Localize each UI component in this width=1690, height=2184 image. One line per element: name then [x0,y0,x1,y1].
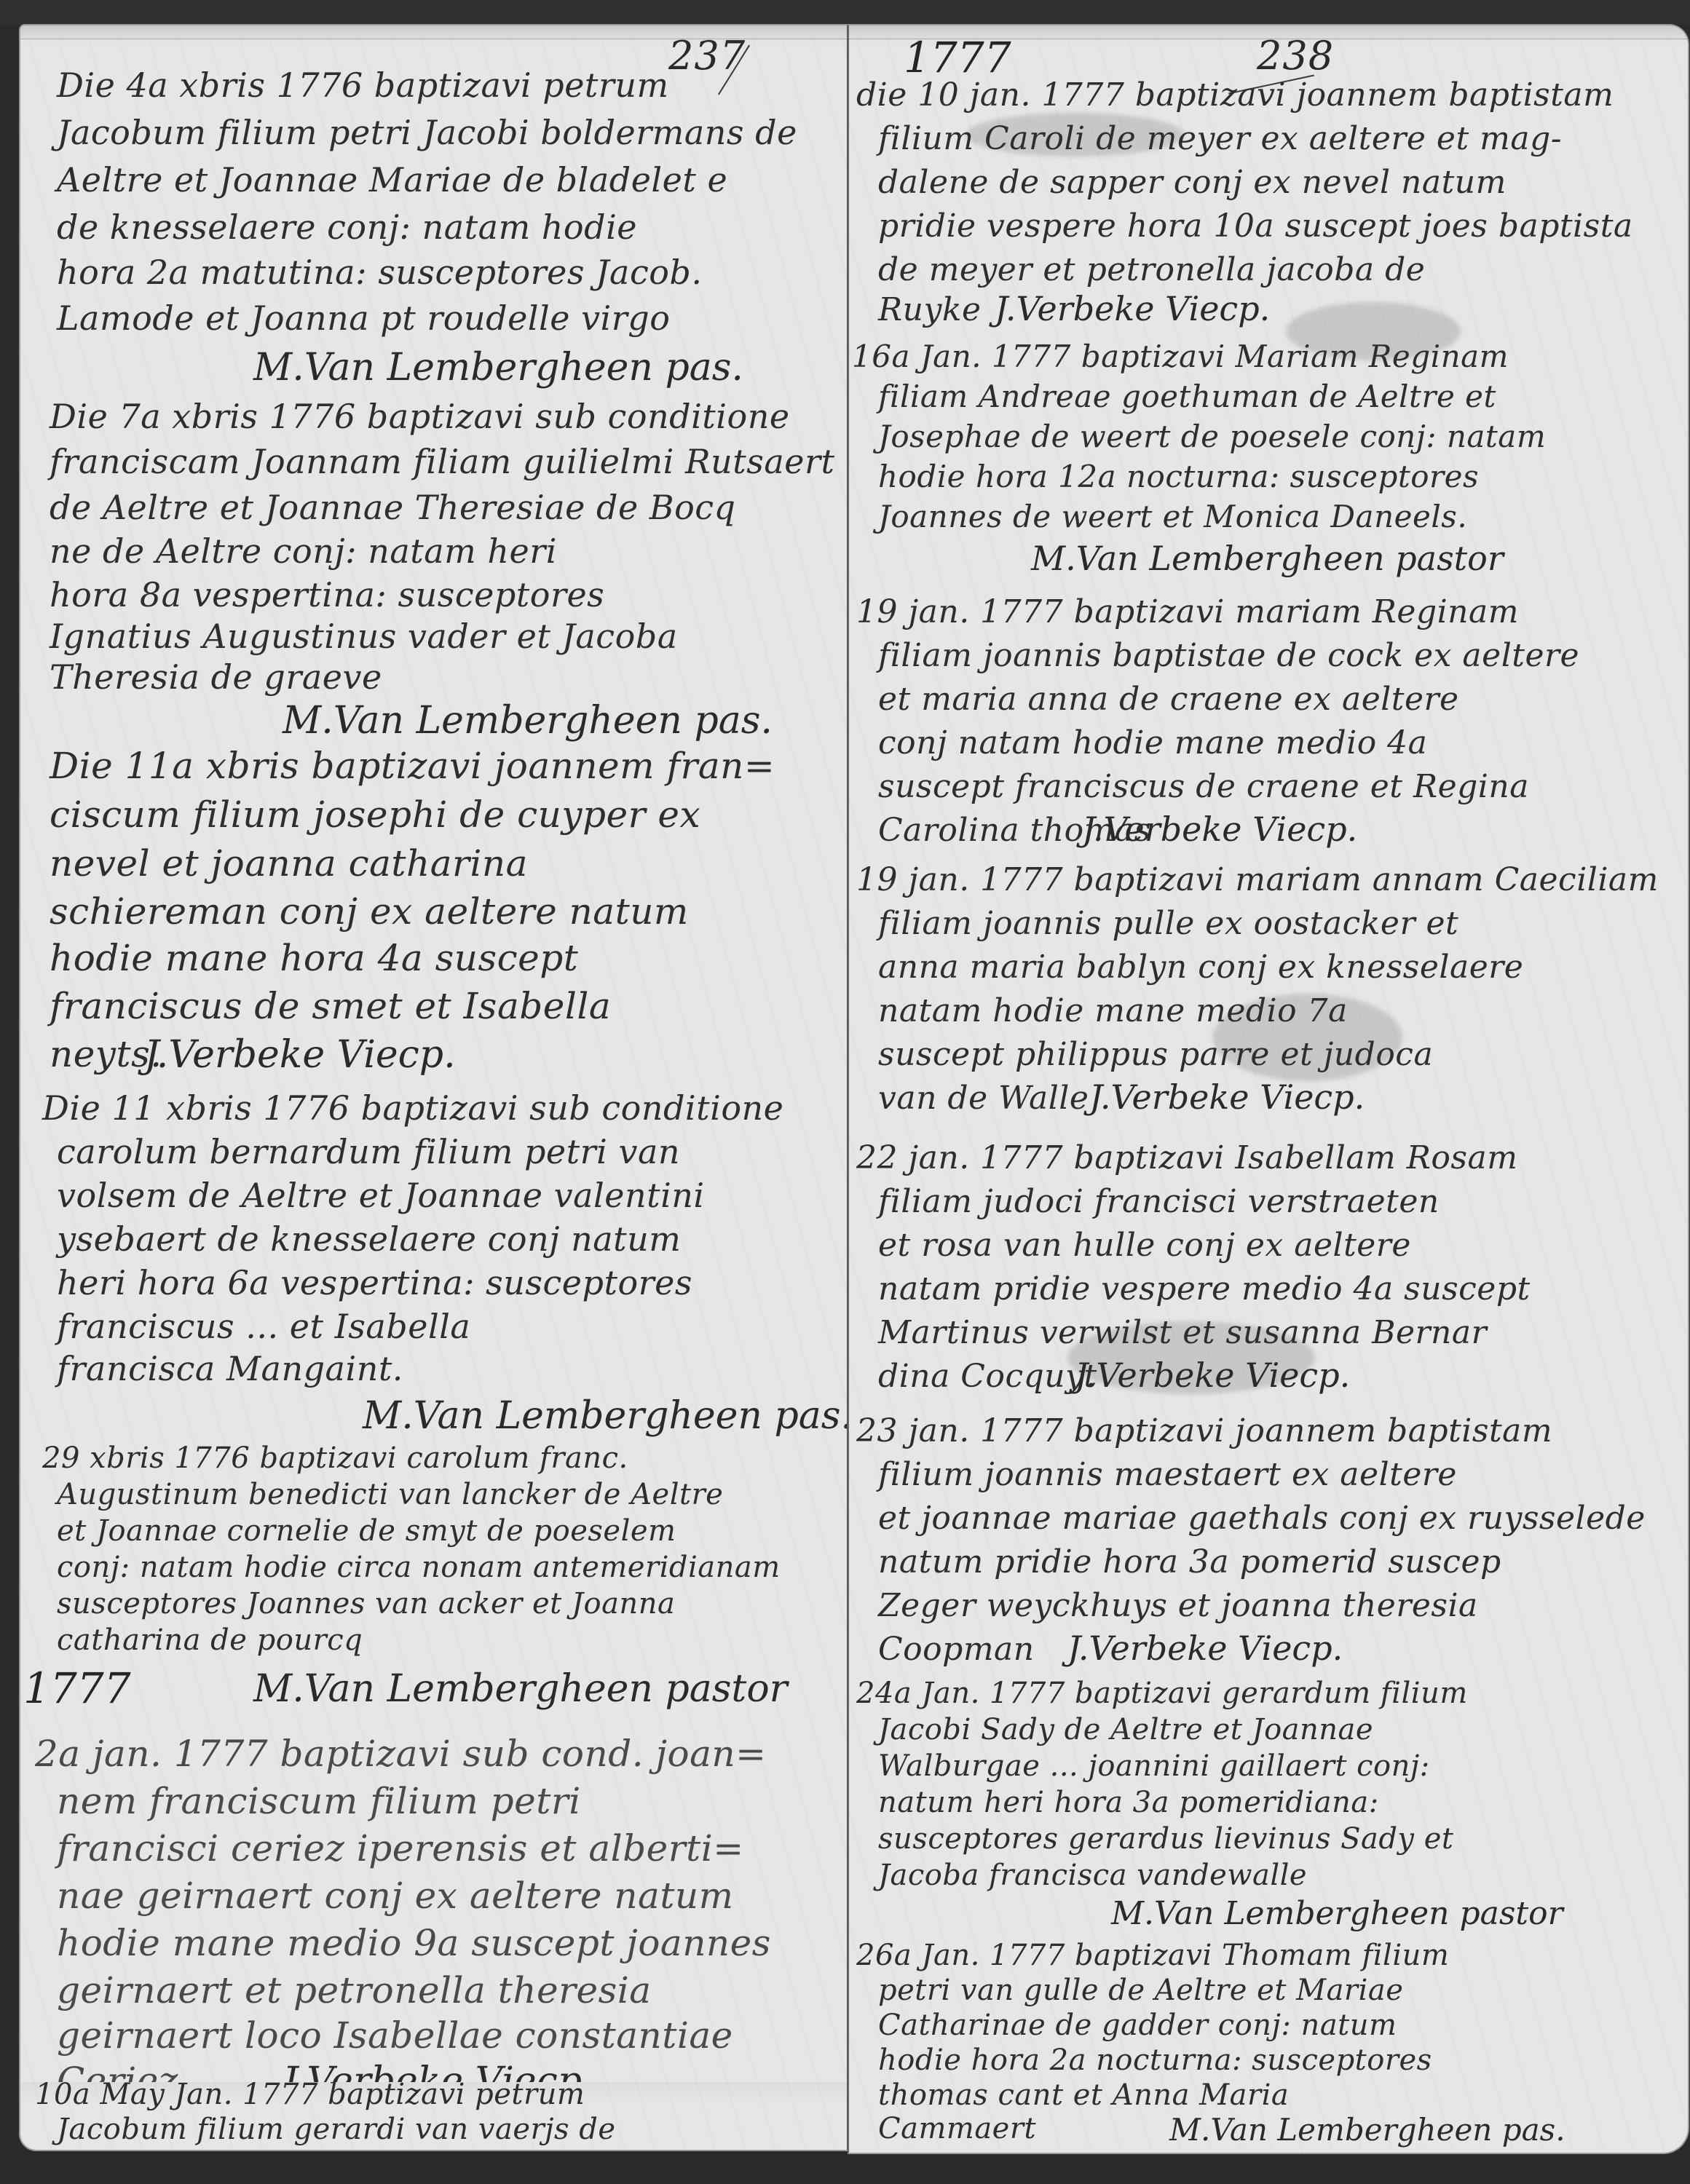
entry-line: 23 jan. 1777 baptizavi joannem baptistam [856,1412,1552,1449]
entry-line: 2a jan. 1777 baptizavi sub cond. joan= [35,1733,767,1775]
entry-line: de meyer et petronella jacoba de [878,251,1425,288]
entry-line: ne de Aeltre conj: natam heri [50,531,557,571]
entry-line: die 10 jan. 1777 baptizavi joannem bapti… [856,76,1614,114]
entry-line: 19 jan. 1777 baptizavi mariam Reginam [856,593,1519,630]
entry-line: filium Caroli de meyer ex aeltere et mag… [878,120,1562,157]
vicar-signature: J.Verbeke Viecp. [1082,810,1357,849]
vicar-signature: J.Verbeke Viecp. [144,1033,456,1077]
entry-line: filiam Andreae goethuman de Aeltre et [878,379,1496,414]
entry-line: geirnaert loco Isabellae constantiae [57,2014,733,2057]
right-page: 1777 238 die 10 jan. 1777 baptizavi joan… [848,24,1689,2154]
entry-line: thomas cant et Anna Maria [878,2078,1289,2112]
entry-line: hodie hora 2a nocturna: susceptores [878,2043,1432,2077]
entry-line: Coopman [878,1631,1035,1668]
entry-line: natam hodie mane medio 7a [878,992,1348,1029]
entry-line: et rosa van hulle conj ex aeltere [878,1227,1411,1264]
entry-line: conj: natam hodie circa nonam antemeridi… [57,1551,781,1584]
entry-line: Theresia de graeve [50,657,382,697]
entry-line: hodie mane medio 9a suscept joannes [57,1922,771,1964]
entry-line: dalene de sapper conj ex nevel natum [878,164,1507,201]
priest-signature: M.Van Lembergheen pastor [1031,539,1504,578]
entry-line: natum pridie hora 3a pomerid suscep [878,1543,1501,1580]
entry-line: franciscus ... et Isabella [57,1307,470,1346]
priest-signature: M.Van Lembergheen pastor [253,1667,787,1711]
entry-line: nem franciscum filium petri [57,1780,581,1822]
entry-line: Ruyke [878,291,982,328]
entry-line: schiereman conj ex aeltere natum [50,890,689,933]
entry-line: anna maria bablyn conj ex knesselaere [878,949,1523,986]
entry-line: Die 11 xbris 1776 baptizavi sub conditio… [42,1088,783,1128]
entry-line: et joannae mariae gaethals conj ex ruyss… [878,1500,1646,1537]
entry-line: franciscam Joannam filiam guilielmi Ruts… [50,442,834,481]
entry-line: susceptores gerardus lievinus Sady et [878,1822,1454,1856]
entry-line: Jacobum filium gerardi van vaerjs de [57,2113,616,2146]
entry-line: petri van gulle de Aeltre et Mariae [878,1974,1403,2007]
entry-line: hora 8a vespertina: susceptores [50,575,604,614]
entry-line: ciscum filium josephi de cuyper ex [50,794,700,836]
entry-line: Die 7a xbris 1776 baptizavi sub conditio… [50,397,790,436]
entry-line: de Aeltre et Joannae Theresiae de Bocq [50,488,736,527]
entry-line: conj natam hodie mane medio 4a [878,724,1427,761]
priest-signature: M.Van Lembergheen pas. [253,346,743,389]
entry-line: susceptores Joannes van acker et Joanna [57,1587,675,1621]
entry-line: dina Cocquyt [878,1358,1097,1395]
entry-line: van de Walle [878,1080,1089,1117]
entry-line: Jacobi Sady de Aeltre et Joannae [878,1713,1373,1746]
entry-line: nevel et joanna catharina [50,842,528,885]
entry-line: franciscus de smet et Isabella [50,985,611,1027]
entry-line: Lamode et Joanna pt roudelle virgo [57,298,670,338]
entry-line: hora 2a matutina: susceptores Jacob. [57,253,702,292]
entry-line: hodie hora 12a nocturna: susceptores [878,459,1479,494]
entry-line: 24a Jan. 1777 baptizavi gerardum filium [856,1677,1468,1710]
year-marker: 1777 [23,1663,131,1713]
entry-line: suscept philippus parre et judoca [878,1036,1433,1073]
entry-line: Catharinae de gadder conj: natum [878,2009,1397,2042]
entry-line: suscept franciscus de craene et Regina [878,768,1529,805]
entry-line: 22 jan. 1777 baptizavi Isabellam Rosam [856,1139,1517,1176]
entry-line: Cammaert [878,2112,1036,2145]
left-page-bottom: 10a May Jan. 1777 baptizavi petrum Jacob… [19,2082,849,2151]
entry-line: natum heri hora 3a pomeridiana: [878,1786,1379,1819]
page-number: 238 [1257,33,1334,79]
entry-line: volsem de Aeltre et Joannae valentini [57,1176,705,1215]
entry-line: 19 jan. 1777 baptizavi mariam annam Caec… [856,861,1659,898]
entry-line: hodie mane hora 4a suscept [50,937,578,979]
scanner-background-top [0,0,1690,25]
entry-line: Ignatius Augustinus vader et Jacoba [50,617,678,656]
entry-line: Die 4a xbris 1776 baptizavi petrum [57,66,669,105]
entry-line: filium joannis maestaert ex aeltere [878,1456,1457,1493]
entry-line: ysebaert de knesselaere conj natum [57,1219,681,1259]
entry-line: de knesselaere conj: natam hodie [57,207,637,247]
vicar-signature: J.Verbeke Viecp. [1075,1356,1350,1395]
priest-signature: M.Van Lembergheen pastor [1111,1895,1563,1932]
entry-line: francisca Mangaint. [57,1349,403,1388]
entry-line: Walburgae ... joannini gaillaert conj: [878,1749,1430,1783]
entry-line: Joannes de weert et Monica Daneels. [878,499,1467,534]
entry-line: pridie vespere hora 10a suscept joes bap… [878,207,1633,245]
entry-line: geirnaert et petronella theresia [57,1969,652,2011]
entry-line: 29 xbris 1776 baptizavi carolum franc. [42,1441,628,1475]
entry-line: et Joannae cornelie de smyt de poeselem [57,1514,676,1548]
priest-signature: M.Van Lembergheen pas. [363,1394,849,1438]
priest-signature: M.Van Lembergheen pas. [283,699,773,743]
entry-line: filiam joannis pulle ex oostacker et [878,905,1458,942]
entry-line: 10a May Jan. 1777 baptizavi petrum [35,2082,585,2111]
page-number: 237 [668,33,746,79]
vicar-signature: J.Verbeke Viecp. [1089,1077,1365,1117]
vicar-signature: J.Verbeke Viecp. [1067,1629,1343,1668]
entry-line: et maria anna de craene ex aeltere [878,681,1459,718]
entry-line: Jacoba francisca vandewalle [878,1859,1307,1892]
entry-line: Aeltre et Joannae Mariae de bladelet e [57,160,727,199]
entry-line: catharina de pourcq [57,1623,363,1657]
entry-line: natam pridie vespere medio 4a suscept [878,1270,1531,1307]
entry-line: Die 11a xbris baptizavi joannem fran= [50,745,775,787]
left-page: 237 Die 4a xbris 1776 baptizavi petrum J… [19,24,849,2151]
entry-line: francisci ceriez iperensis et alberti= [57,1827,744,1870]
entry-line: filiam joannis baptistae de cock ex aelt… [878,637,1579,674]
entry-line: filiam judoci francisci verstraeten [878,1183,1440,1220]
entry-line: 26a Jan. 1777 baptizavi Thomam filium [856,1939,1449,1972]
vicar-signature: J.Verbeke Viecp. [995,289,1270,328]
entry-line: Zeger weyckhuys et joanna theresia [878,1587,1478,1624]
entry-line: Josephae de weert de poesele conj: natam [878,419,1546,454]
priest-signature: M.Van Lembergheen pas. [1169,2112,1565,2148]
entry-line: heri hora 6a vespertina: susceptores [57,1263,692,1302]
entry-line: nae geirnaert conj ex aeltere natum [57,1875,734,1917]
entry-line: 16a Jan. 1777 baptizavi Mariam Reginam [852,339,1509,374]
entry-line: Martinus verwilst et susanna Bernar [878,1314,1487,1351]
entry-line: Augustinum benedicti van lancker de Aelt… [57,1478,723,1511]
entry-line: carolum bernardum filium petri van [57,1132,680,1171]
entry-line: Jacobum filium petri Jacobi boldermans d… [57,113,797,152]
year-header: 1777 [904,33,1011,82]
